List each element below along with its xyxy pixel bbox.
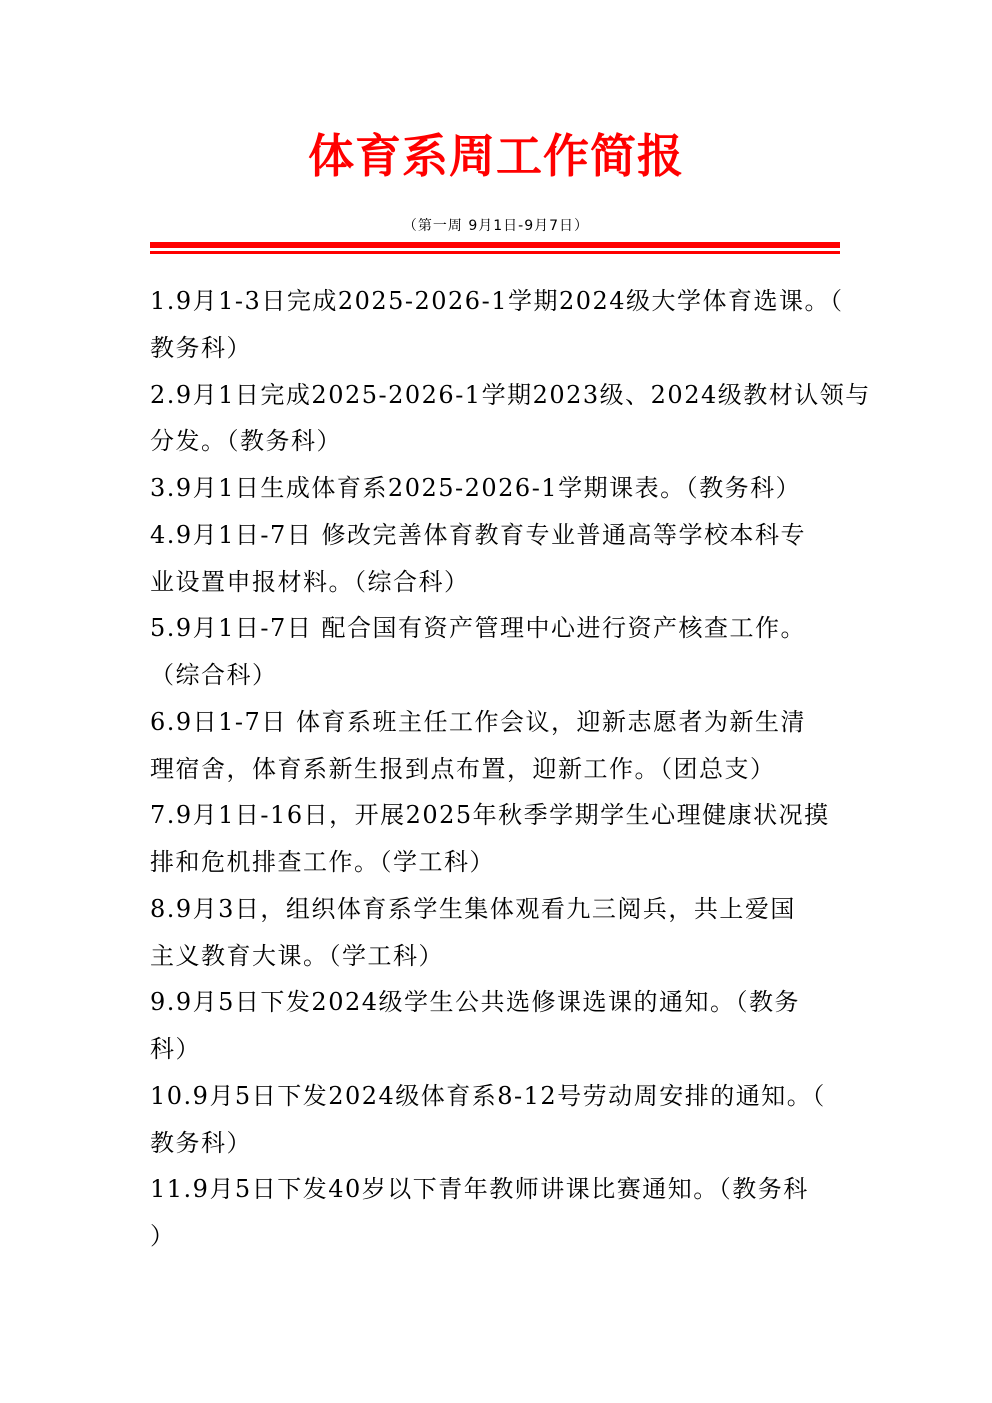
item-6-line-1: 6.9日1-7日 体育系班主任工作会议，迎新志愿者为新生清 [150, 699, 850, 746]
item-1-line-1: 1.9月1-3日完成2025-2026-1学期2024级大学体育选课。（ [150, 278, 850, 325]
item-2-line-2: 分发。（教务科） [150, 418, 850, 465]
item-8-line-2: 主义教育大课。（学工科） [150, 933, 850, 980]
document-page: 体育系周工作简报 （第一周 9月1日-9月7日） 1.9月1-3日完成2025-… [0, 0, 992, 1403]
item-7-line-1: 7.9月1日-16日，开展2025年秋季学期学生心理健康状况摸 [150, 792, 850, 839]
item-11-line-2: ） [150, 1213, 850, 1260]
page-title: 体育系周工作简报 [0, 126, 992, 186]
item-2-line-1: 2.9月1日完成2025-2026-1学期2023级、2024级教材认领与 [150, 372, 850, 419]
item-9-line-2: 科） [150, 1026, 850, 1073]
item-5-line-2: （综合科） [150, 652, 850, 699]
item-6-line-2: 理宿舍，体育系新生报到点布置，迎新工作。（团总支） [150, 746, 850, 793]
week-subtitle: （第一周 9月1日-9月7日） [0, 216, 992, 236]
item-3-line-1: 3.9月1日生成体育系2025-2026-1学期课表。（教务科） [150, 465, 850, 512]
item-10-line-1: 10.9月5日下发2024级体育系8-12号劳动周安排的通知。（ [150, 1073, 850, 1120]
header-rule-thick [150, 242, 840, 248]
item-11-line-1: 11.9月5日下发40岁以下青年教师讲课比赛通知。（教务科 [150, 1166, 850, 1213]
header-rule-thin [150, 251, 840, 254]
item-8-line-1: 8.9月3日，组织体育系学生集体观看九三阅兵，共上爱国 [150, 886, 850, 933]
item-9-line-1: 9.9月5日下发2024级学生公共选修课选课的通知。（教务 [150, 979, 850, 1026]
item-1-line-2: 教务科） [150, 325, 850, 372]
report-items: 1.9月1-3日完成2025-2026-1学期2024级大学体育选课。（ 教务科… [150, 278, 850, 1260]
item-7-line-2: 排和危机排查工作。（学工科） [150, 839, 850, 886]
item-10-line-2: 教务科） [150, 1120, 850, 1167]
item-4-line-1: 4.9月1日-7日 修改完善体育教育专业普通高等学校本科专 [150, 512, 850, 559]
item-4-line-2: 业设置申报材料。（综合科） [150, 559, 850, 606]
item-5-line-1: 5.9月1日-7日 配合国有资产管理中心进行资产核查工作。 [150, 605, 850, 652]
